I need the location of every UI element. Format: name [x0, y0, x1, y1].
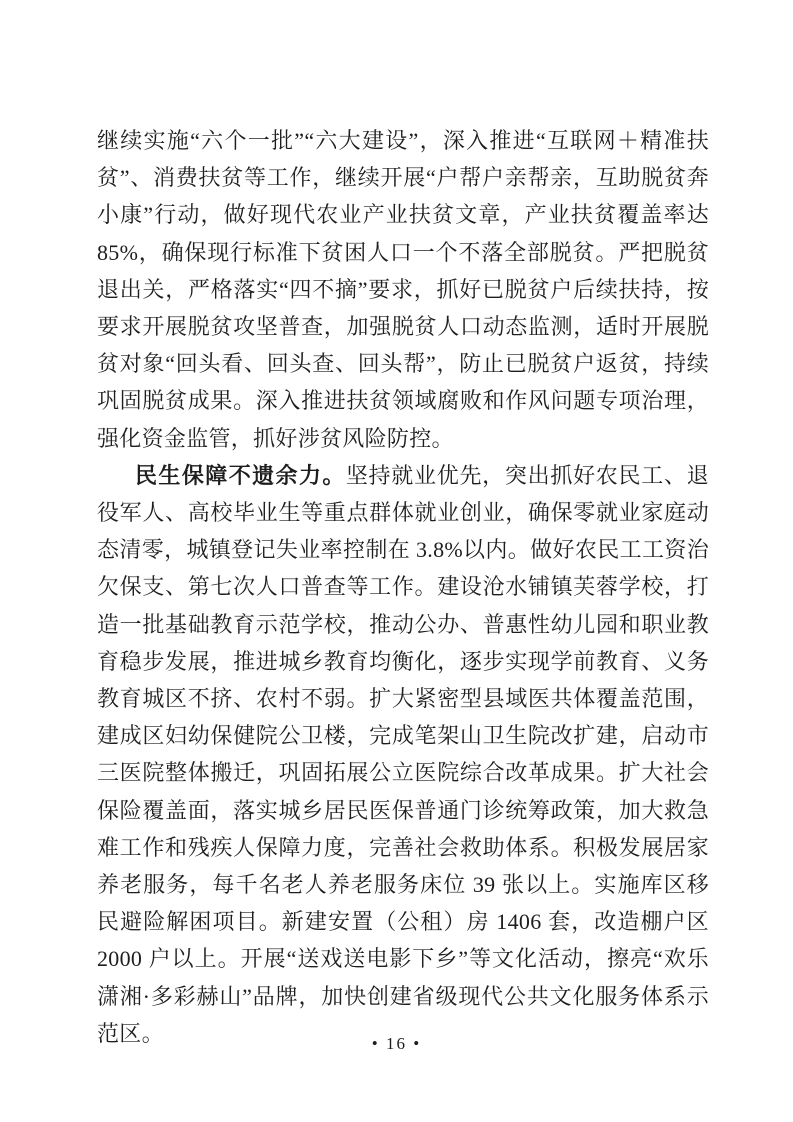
body-text: 继续实施“六个一批”“六大建设”，深入推进“互联网＋精准扶贫”、消费扶贫等工作，… — [97, 122, 709, 1052]
paragraph-livelihood: 民生保障不遗余力。坚持就业优先，突出抓好农民工、退役军人、高校毕业生等重点群体就… — [97, 457, 709, 1052]
paragraph-poverty-alleviation: 继续实施“六个一批”“六大建设”，深入推进“互联网＋精准扶贫”、消费扶贫等工作，… — [97, 122, 709, 457]
paragraph-lead-bold: 民生保障不遗余力。 — [135, 463, 346, 488]
page-number: • 16 • — [0, 1034, 793, 1054]
document-page: 继续实施“六个一批”“六大建设”，深入推进“互联网＋精准扶贫”、消费扶贫等工作，… — [0, 0, 793, 1122]
paragraph-text: 坚持就业优先，突出抓好农民工、退役军人、高校毕业生等重点群体就业创业，确保零就业… — [97, 463, 709, 1046]
paragraph-text: 继续实施“六个一批”“六大建设”，深入推进“互联网＋精准扶贫”、消费扶贫等工作，… — [97, 128, 709, 451]
